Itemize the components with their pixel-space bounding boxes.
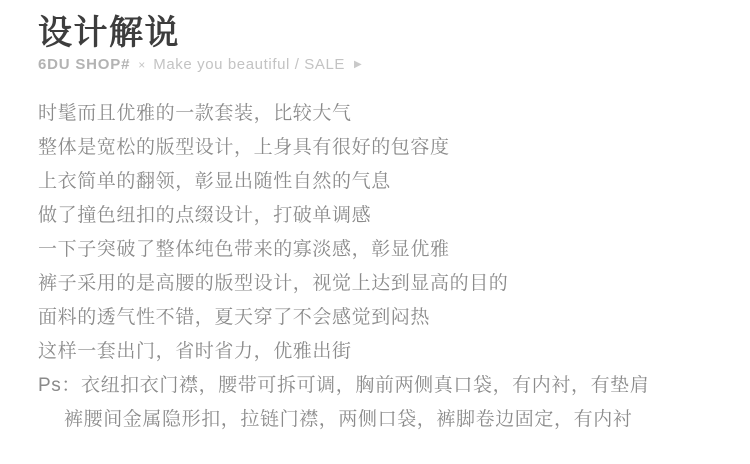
brand-name: 6DU SHOP# xyxy=(38,56,130,73)
description-line: 时髦而且优雅的一款套装，比较大气 xyxy=(38,97,649,131)
description-line-ps-continued: 裤腰间金属隐形扣，拉链门襟，两侧口袋，裤脚卷边固定，有内衬 xyxy=(38,403,649,437)
subtitle: 6DU SHOP# × Make you beautiful / SALE ▶ xyxy=(38,56,362,73)
description-line: 上衣简单的翻领，彰显出随性自然的气息 xyxy=(38,165,649,199)
description-line: 面料的透气性不错，夏天穿了不会感觉到闷热 xyxy=(38,301,649,335)
tagline: Make you beautiful / SALE xyxy=(153,56,345,73)
play-arrow-icon: ▶ xyxy=(354,60,362,70)
page-title: 设计解说 xyxy=(38,13,362,53)
description-line: 裤子采用的是高腰的版型设计，视觉上达到显高的目的 xyxy=(38,267,649,301)
design-notes-page: 设计解说 6DU SHOP# × Make you beautiful / SA… xyxy=(0,0,750,464)
description-line: 这样一套出门，省时省力，优雅出街 xyxy=(38,335,649,369)
multiply-separator-icon: × xyxy=(138,58,145,72)
description-line: 一下子突破了整体纯色带来的寡淡感，彰显优雅 xyxy=(38,233,649,267)
description-line: 做了撞色纽扣的点缀设计，打破单调感 xyxy=(38,199,649,233)
description-text-block: 时髦而且优雅的一款套装，比较大气 整体是宽松的版型设计，上身具有很好的包容度 上… xyxy=(38,97,649,437)
description-line: 整体是宽松的版型设计，上身具有很好的包容度 xyxy=(38,131,649,165)
section-header: 设计解说 6DU SHOP# × Make you beautiful / SA… xyxy=(38,13,362,73)
description-line-ps: Ps：衣纽扣衣门襟，腰带可拆可调，胸前两侧真口袋，有内衬，有垫肩 xyxy=(38,369,649,403)
